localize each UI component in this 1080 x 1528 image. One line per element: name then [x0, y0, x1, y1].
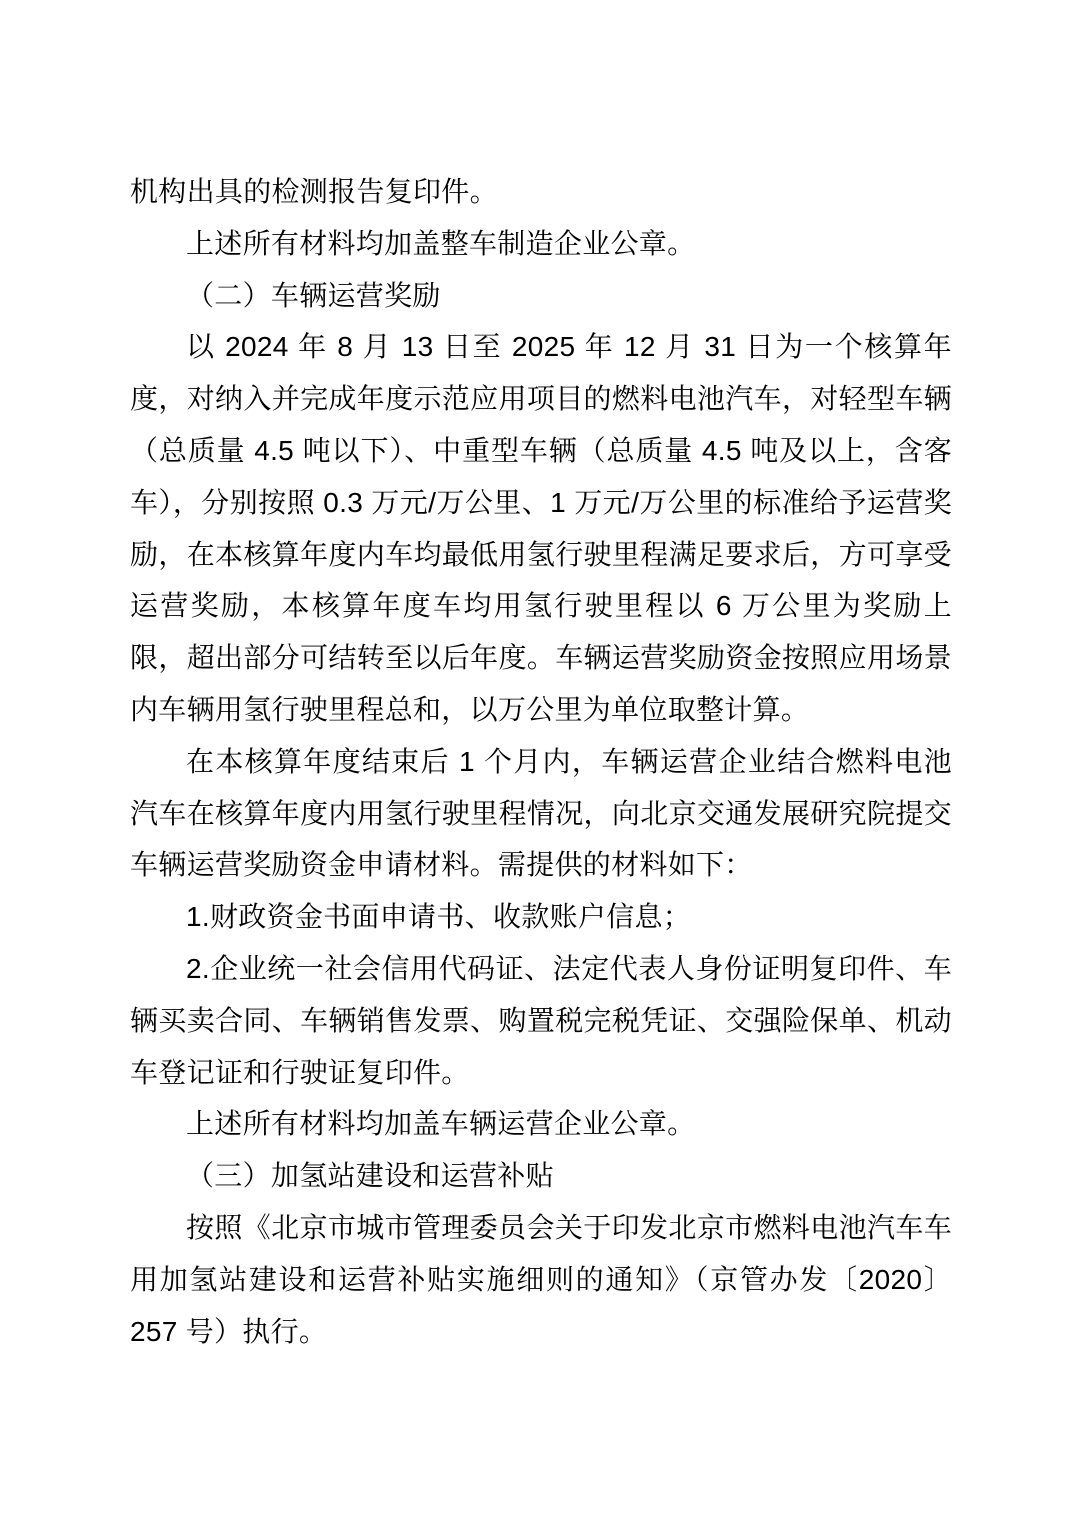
list-item-1-fiscal-application: 1.财政资金书面申请书、收款账户信息；	[130, 891, 952, 943]
paragraph-report-copy-continuation: 机构出具的检测报告复印件。	[130, 166, 952, 218]
paragraph-stamp-note-operator: 上述所有材料均加盖车辆运营企业公章。	[130, 1098, 952, 1150]
paragraph-stamp-note-manufacturer: 上述所有材料均加盖整车制造企业公章。	[130, 218, 952, 270]
document-page: 机构出具的检测报告复印件。 上述所有材料均加盖整车制造企业公章。 （二）车辆运营…	[0, 0, 1080, 1528]
paragraph-hydrogen-station-policy-reference: 按照《北京市城市管理委员会关于印发北京市燃料电池汽车车用加氢站建设和运营补贴实施…	[130, 1202, 952, 1357]
heading-section-3-hydrogen-station-subsidy: （三）加氢站建设和运营补贴	[130, 1150, 952, 1202]
document-body: 机构出具的检测报告复印件。 上述所有材料均加盖整车制造企业公章。 （二）车辆运营…	[130, 166, 952, 1357]
list-item-2-enterprise-documents: 2.企业统一社会信用代码证、法定代表人身份证明复印件、车辆买卖合同、车辆销售发票…	[130, 943, 952, 1098]
paragraph-application-submission: 在本核算年度结束后 1 个月内，车辆运营企业结合燃料电池汽车在核算年度内用氢行驶…	[130, 736, 952, 891]
paragraph-accounting-year-reward-rules: 以 2024 年 8 月 13 日至 2025 年 12 月 31 日为一个核算…	[130, 321, 952, 735]
heading-section-2-vehicle-operation-reward: （二）车辆运营奖励	[130, 270, 952, 322]
